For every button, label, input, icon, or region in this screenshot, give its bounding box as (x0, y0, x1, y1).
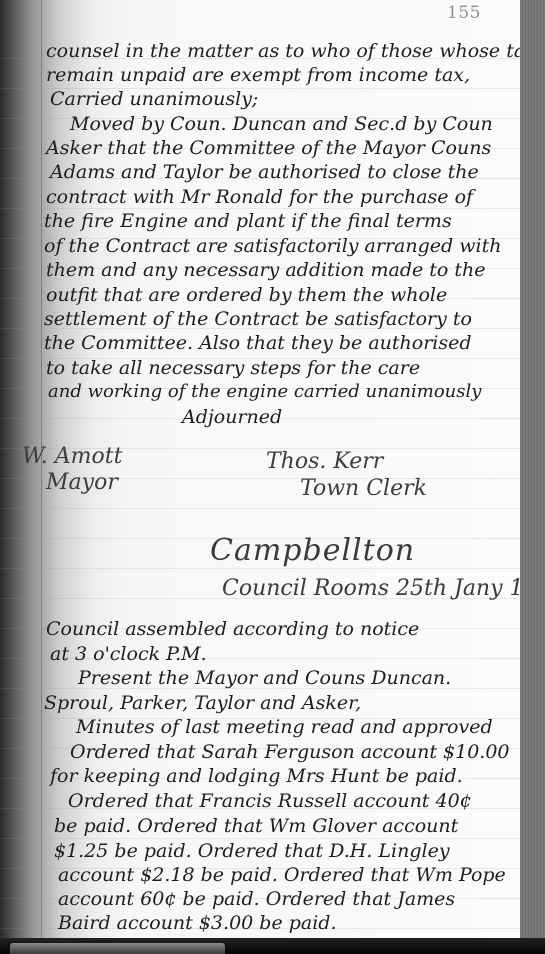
meeting-date-heading: Council Rooms 25th Jany 1893 (222, 578, 520, 600)
mayor-title: Mayor (46, 472, 118, 494)
clerk-title: Town Clerk (300, 478, 427, 500)
text-line: settlement of the Contract be satisfacto… (44, 308, 472, 330)
text-line: outfit that are ordered by them the whol… (46, 284, 447, 306)
text-line: for keeping and lodging Mrs Hunt be paid… (50, 765, 463, 787)
text-line: and working of the engine carried unanim… (48, 381, 481, 403)
text-line: account $2.18 be paid. Ordered that Wm P… (58, 864, 506, 886)
text-line: Council assembled according to notice (46, 618, 419, 640)
mayor-signature: W. Amott (22, 446, 122, 468)
adjourned-label: Adjourned (182, 406, 282, 428)
book-bottom-shadow (0, 938, 545, 954)
text-line: Minutes of last meeting read and approve… (76, 716, 493, 738)
text-line: Moved by Coun. Duncan and Sec.d by Coun (70, 113, 493, 135)
text-line: Ordered that Francis Russell account 40¢ (68, 790, 472, 812)
text-line: Asker that the Committee of the Mayor Co… (46, 137, 491, 159)
text-line: of the Contract are satisfactorily arran… (44, 235, 501, 257)
margin-rule (41, 0, 42, 938)
book-page-edges (520, 0, 545, 954)
text-line: at 3 o'clock P.M. (50, 643, 207, 665)
place-heading: Campbellton (210, 540, 415, 562)
text-line: Sproul, Parker, Taylor and Asker, (44, 692, 361, 714)
text-line: remain unpaid are exempt from income tax… (46, 64, 470, 86)
lower-page-lip (10, 943, 225, 954)
ruled-line (0, 208, 520, 209)
ledger-page: 155 counsel in the matter as to who of t… (0, 0, 520, 938)
text-line: counsel in the matter as to who of those… (46, 40, 520, 62)
ruled-line (0, 508, 520, 509)
text-line: Ordered that Sarah Ferguson account $10.… (70, 741, 510, 763)
text-line: Baird account $3.00 be paid. (58, 912, 337, 934)
text-line: $1.25 be paid. Ordered that D.H. Lingley (54, 840, 450, 862)
page-number: 155 (447, 3, 481, 23)
text-line: contract with Mr Ronald for the purchase… (46, 186, 473, 208)
text-line: account 60¢ be paid. Ordered that James (58, 888, 455, 910)
text-line: the fire Engine and plant if the final t… (44, 210, 452, 232)
clerk-signature: Thos. Kerr (266, 451, 383, 473)
ruled-line (0, 838, 520, 839)
text-line: Adams and Taylor be authorised to close … (50, 161, 479, 183)
text-line: the Committee. Also that they be authori… (44, 332, 472, 354)
text-line: them and any necessary addition made to … (46, 259, 486, 281)
text-line: to take all necessary steps for the care (46, 357, 420, 379)
text-line: Carried unanimously; (50, 88, 258, 110)
text-line: Present the Mayor and Couns Duncan. (78, 667, 451, 689)
text-line: be paid. Ordered that Wm Glover account (54, 815, 458, 837)
ruled-line (0, 568, 520, 569)
